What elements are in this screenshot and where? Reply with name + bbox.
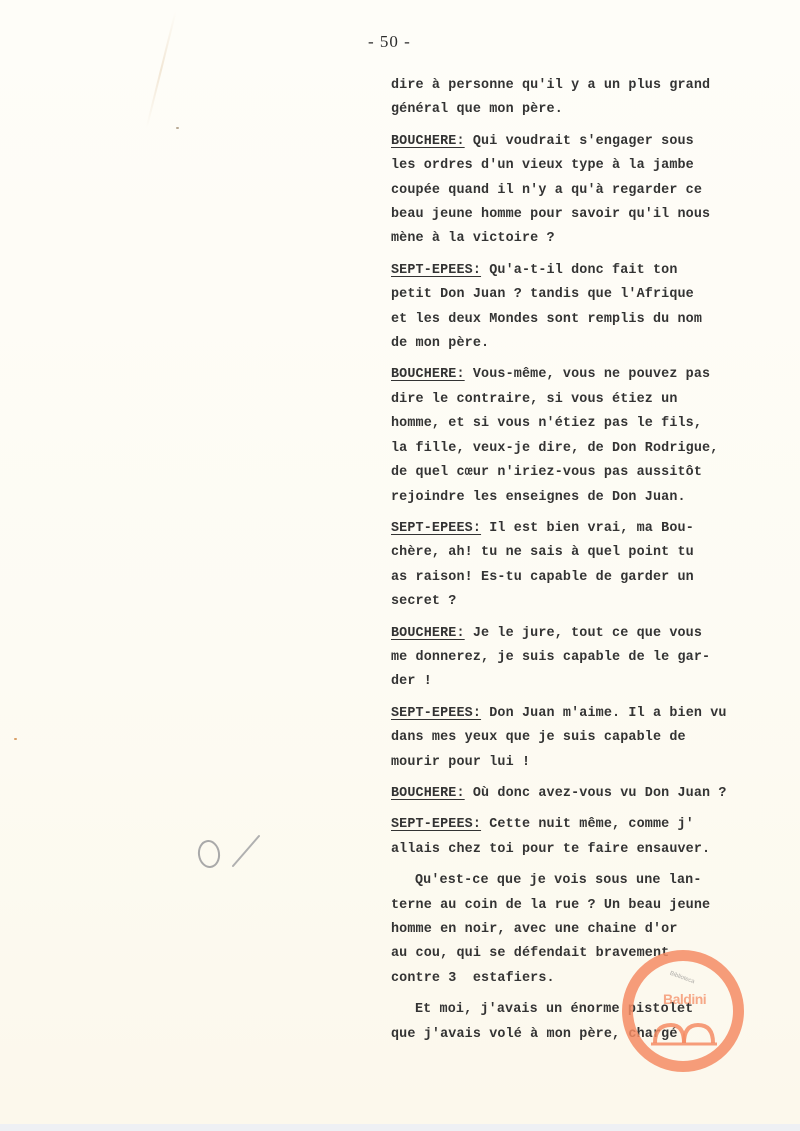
line-text: der ! [391, 674, 432, 689]
line-text: Qui voudrait s'engager sous [465, 134, 694, 149]
line-text: homme en noir, avec une chaine d'or [391, 922, 678, 937]
play-script-text: dire à personne qu'il y a un plus grandg… [391, 74, 771, 1054]
text-line: dire le contraire, si vous étiez un [391, 388, 771, 412]
line-text: Je le jure, tout ce que vous [465, 626, 702, 641]
text-line: me donnerez, je suis capable de le gar- [391, 646, 771, 670]
text-line: dire à personne qu'il y a un plus grand [391, 74, 771, 98]
text-line: SEPT-EPEES: Qu'a-t-il donc fait ton [391, 259, 771, 283]
line-text: chère, ah! tu ne sais à quel point tu [391, 545, 694, 560]
text-line: BOUCHERE: Vous-même, vous ne pouvez pas [391, 363, 771, 387]
line-text: dans mes yeux que je suis capable de [391, 730, 686, 745]
text-line: SEPT-EPEES: Don Juan m'aime. Il a bien v… [391, 702, 771, 726]
line-text: dire le contraire, si vous étiez un [391, 392, 678, 407]
text-line: beau jeune homme pour savoir qu'il nous [391, 203, 771, 227]
text-line: mourir pour lui ! [391, 751, 771, 775]
text-line: de mon père. [391, 332, 771, 356]
line-text: contre 3 estafiers. [391, 971, 555, 986]
text-line: SEPT-EPEES: Cette nuit même, comme j' [391, 813, 771, 837]
line-text: Qu'a-t-il donc fait ton [481, 263, 677, 278]
stamp-arches-icon [651, 1021, 717, 1047]
speaker-name: SEPT-EPEES: [391, 817, 481, 832]
dialogue-paragraph: BOUCHERE: Qui voudrait s'engager sousles… [391, 130, 771, 252]
text-line: mène à la victoire ? [391, 227, 771, 251]
scan-edge [0, 1124, 800, 1131]
dialogue-paragraph: BOUCHERE: Où donc avez-vous vu Don Juan … [391, 782, 771, 806]
paper-speck [176, 127, 179, 129]
line-text: terne au coin de la rue ? Un beau jeune [391, 898, 710, 913]
line-text: Don Juan m'aime. Il a bien vu [481, 706, 727, 721]
text-line: dans mes yeux que je suis capable de [391, 726, 771, 750]
line-text: de mon père. [391, 336, 489, 351]
line-text: secret ? [391, 594, 457, 609]
text-line: terne au coin de la rue ? Un beau jeune [391, 894, 771, 918]
dialogue-paragraph: SEPT-EPEES: Don Juan m'aime. Il a bien v… [391, 702, 771, 775]
dialogue-paragraph: BOUCHERE: Vous-même, vous ne pouvez pasd… [391, 363, 771, 509]
text-line: général que mon père. [391, 98, 771, 122]
text-line: der ! [391, 670, 771, 694]
text-line: BOUCHERE: Où donc avez-vous vu Don Juan … [391, 782, 771, 806]
library-stamp: Biblioteca Baldini [622, 950, 744, 1072]
dialogue-paragraph: SEPT-EPEES: Qu'a-t-il donc fait tonpetit… [391, 259, 771, 357]
text-line: homme en noir, avec une chaine d'or [391, 918, 771, 942]
page-number: - 50 - [368, 32, 411, 52]
speaker-name: BOUCHERE: [391, 367, 465, 382]
text-line: BOUCHERE: Je le jure, tout ce que vous [391, 622, 771, 646]
line-text: as raison! Es-tu capable de garder un [391, 570, 694, 585]
line-text: Où donc avez-vous vu Don Juan ? [465, 786, 727, 801]
speaker-name: SEPT-EPEES: [391, 263, 481, 278]
speaker-name: BOUCHERE: [391, 134, 465, 149]
line-text: général que mon père. [391, 102, 563, 117]
text-line: chère, ah! tu ne sais à quel point tu [391, 541, 771, 565]
line-text: me donnerez, je suis capable de le gar- [391, 650, 710, 665]
line-text: mène à la victoire ? [391, 231, 555, 246]
dialogue-paragraph: BOUCHERE: Je le jure, tout ce que vousme… [391, 622, 771, 695]
text-line: homme, et si vous n'étiez pas le fils, [391, 412, 771, 436]
stamp-small-text: Biblioteca [669, 971, 695, 986]
line-text: petit Don Juan ? tandis que l'Afrique [391, 287, 694, 302]
speaker-name: SEPT-EPEES: [391, 706, 481, 721]
line-text: au cou, qui se défendait bravement [391, 946, 669, 961]
text-line: de quel cœur n'iriez-vous pas aussitôt [391, 461, 771, 485]
speaker-name: BOUCHERE: [391, 786, 465, 801]
text-line: coupée quand il n'y a qu'à regarder ce [391, 179, 771, 203]
text-line: la fille, veux-je dire, de Don Rodrigue, [391, 437, 771, 461]
line-text: les ordres d'un vieux type à la jambe [391, 158, 694, 173]
line-text: et les deux Mondes sont remplis du nom [391, 312, 702, 327]
line-text: Il est bien vrai, ma Bou- [481, 521, 694, 536]
speaker-name: BOUCHERE: [391, 626, 465, 641]
text-line: les ordres d'un vieux type à la jambe [391, 154, 771, 178]
text-line: as raison! Es-tu capable de garder un [391, 566, 771, 590]
line-text: homme, et si vous n'étiez pas le fils, [391, 416, 702, 431]
text-line: BOUCHERE: Qui voudrait s'engager sous [391, 130, 771, 154]
speaker-name: SEPT-EPEES: [391, 521, 481, 536]
line-text: coupée quand il n'y a qu'à regarder ce [391, 183, 702, 198]
line-text: rejoindre les enseignes de Don Juan. [391, 490, 686, 505]
line-text: Qu'est-ce que je vois sous une lan- [415, 873, 702, 888]
line-text: Vous-même, vous ne pouvez pas [465, 367, 711, 382]
paper-speck [14, 738, 17, 740]
line-text: allais chez toi pour te faire ensauver. [391, 842, 710, 857]
text-line: allais chez toi pour te faire ensauver. [391, 838, 771, 862]
text-line: rejoindre les enseignes de Don Juan. [391, 486, 771, 510]
line-text: dire à personne qu'il y a un plus grand [391, 78, 710, 93]
line-text: mourir pour lui ! [391, 755, 530, 770]
dialogue-paragraph: SEPT-EPEES: Il est bien vrai, ma Bou-chè… [391, 517, 771, 615]
text-line: Qu'est-ce que je vois sous une lan- [391, 869, 771, 893]
line-text: Cette nuit même, comme j' [481, 817, 694, 832]
text-line: petit Don Juan ? tandis que l'Afrique [391, 283, 771, 307]
text-line: et les deux Mondes sont remplis du nom [391, 308, 771, 332]
text-line: SEPT-EPEES: Il est bien vrai, ma Bou- [391, 517, 771, 541]
dialogue-paragraph: SEPT-EPEES: Cette nuit même, comme j'all… [391, 813, 771, 862]
stamp-label: Baldini [663, 991, 706, 1007]
handwritten-pencil-mark [195, 830, 275, 880]
line-text: de quel cœur n'iriez-vous pas aussitôt [391, 465, 702, 480]
text-line: secret ? [391, 590, 771, 614]
dialogue-paragraph: dire à personne qu'il y a un plus grandg… [391, 74, 771, 123]
line-text: beau jeune homme pour savoir qu'il nous [391, 207, 710, 222]
line-text: la fille, veux-je dire, de Don Rodrigue, [391, 441, 718, 456]
